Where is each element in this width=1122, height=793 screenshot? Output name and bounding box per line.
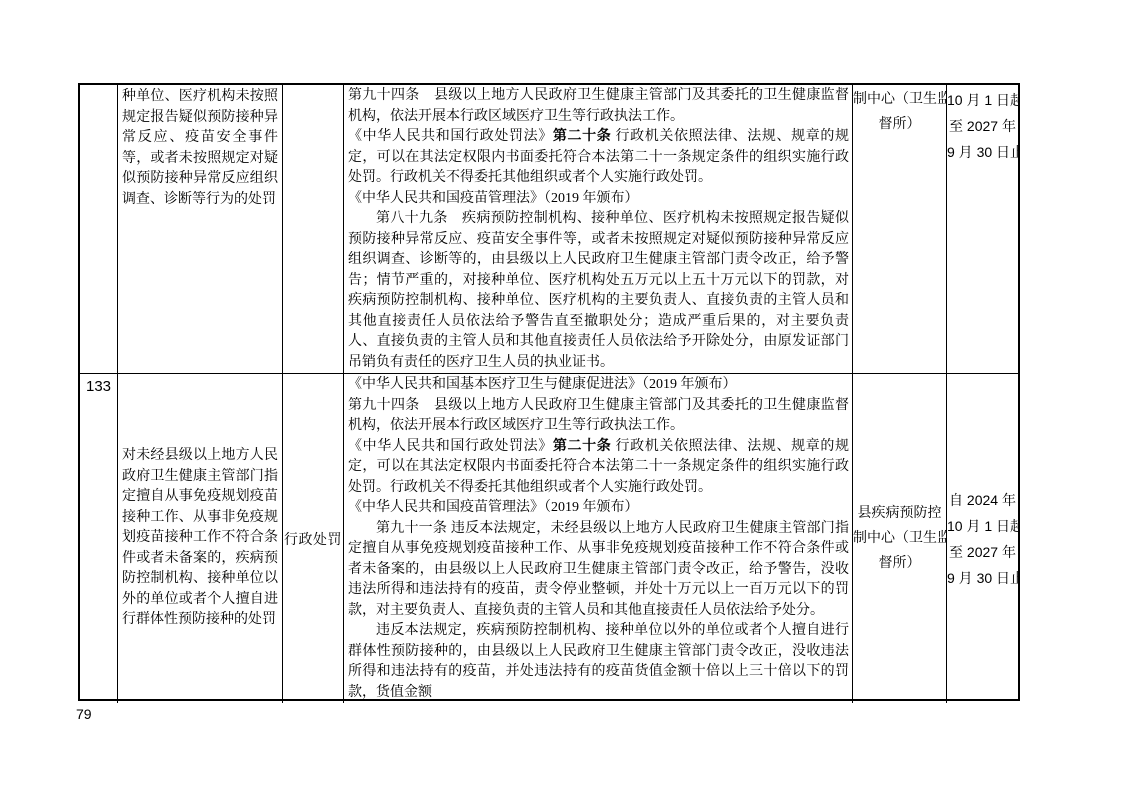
cell-implementing-authority: 制中心（卫生监督所） (853, 85, 947, 373)
cell-penalty-type (283, 85, 344, 373)
cell-validity-period: 10 月 1 日起至 2027 年9 月 30 日止 (947, 85, 1018, 373)
cell-implementing-authority: 县疾病预防控制中心（卫生监督所） (853, 374, 947, 703)
basis-paragraph: 《中华人民共和国疫苗管理法》（2019 年颁布） (348, 498, 849, 519)
period-line: 至 2027 年 (947, 113, 1018, 139)
cell-legal-basis: 《中华人民共和国基本医疗卫生与健康促进法》（2019 年颁布）第九十四条 县级以… (344, 374, 853, 703)
basis-paragraph: 《中华人民共和国行政处罚法》第二十条 行政机关依照法律、法规、规章的规定，可以在… (348, 437, 849, 499)
period-line: 自 2024 年 (947, 487, 1018, 513)
basis-paragraph: 违反本法规定，疾病预防控制机构、接种单位以外的单位或者个人擅自进行群体性预防接种… (348, 621, 849, 703)
plain-text: 《中华人民共和国疫苗管理法》（2019 年颁布） (348, 191, 639, 206)
authority-line: 制中心（卫生监 (853, 526, 946, 551)
plain-text: 第八十九条 疾病预防控制机构、接种单位、医疗机构未按照规定报告疑似预防接种异常反… (348, 211, 849, 370)
penalty-items-table: 种单位、医疗机构未按照规定报告疑似预防接种异常反应、疫苗安全事件等，或者未按照规… (78, 83, 1020, 701)
period-line: 9 月 30 日止 (947, 565, 1018, 591)
table-row: 种单位、医疗机构未按照规定报告疑似预防接种异常反应、疫苗安全事件等，或者未按照规… (80, 85, 1018, 374)
basis-paragraph: 《中华人民共和国行政处罚法》第二十条 行政机关依照法律、法规、规章的规定，可以在… (348, 127, 849, 189)
cell-item-name: 种单位、医疗机构未按照规定报告疑似预防接种异常反应、疫苗安全事件等，或者未按照规… (118, 85, 283, 373)
plain-text: 《中华人民共和国行政处罚法》 (348, 439, 553, 454)
cell-seq-number (80, 85, 118, 373)
plain-text: 《中华人民共和国疫苗管理法》（2019 年颁布） (348, 500, 639, 515)
cell-penalty-type: 行政处罚 (283, 374, 344, 703)
basis-paragraph: 《中华人民共和国疫苗管理法》（2019 年颁布） (348, 189, 849, 210)
plain-text: 第九十一条 违反本法规定，未经县级以上地方人民政府卫生健康主管部门指定擅自从事免… (348, 521, 849, 618)
plain-text: 《中华人民共和国行政处罚法》 (348, 129, 553, 144)
authority-line: 县疾病预防控 (853, 501, 946, 526)
item-name-text: 种单位、医疗机构未按照规定报告疑似预防接种异常反应、疫苗安全事件等，或者未按照规… (122, 87, 278, 210)
authority-line: 督所） (853, 551, 946, 576)
basis-paragraph: 《中华人民共和国基本医疗卫生与健康促进法》（2019 年颁布） (348, 375, 849, 396)
plain-text: 第九十四条 县级以上地方人民政府卫生健康主管部门及其委托的卫生健康监督机构，依法… (348, 398, 849, 434)
authority-line: 制中心（卫生监 (853, 87, 946, 112)
plain-text: 《中华人民共和国基本医疗卫生与健康促进法》（2019 年颁布） (348, 377, 737, 392)
period-line: 9 月 30 日止 (947, 139, 1018, 165)
seq-number: 133 (86, 378, 111, 395)
period-line: 至 2027 年 (947, 539, 1018, 565)
bold-text: 第二十条 (553, 439, 612, 454)
bold-text: 第二十条 (553, 129, 612, 144)
plain-text: 第九十四条 县级以上地方人民政府卫生健康主管部门及其委托的卫生健康监督机构，依法… (348, 88, 849, 124)
item-name-text: 对未经县级以上地方人民政府卫生健康主管部门指定擅自从事免疫规划疫苗接种工作、从事… (122, 446, 278, 631)
cell-legal-basis: 第九十四条 县级以上地方人民政府卫生健康主管部门及其委托的卫生健康监督机构，依法… (344, 85, 853, 373)
penalty-type-text: 行政处罚 (284, 529, 342, 549)
cell-validity-period: 自 2024 年10 月 1 日起至 2027 年9 月 30 日止 (947, 374, 1018, 703)
cell-item-name: 对未经县级以上地方人民政府卫生健康主管部门指定擅自从事免疫规划疫苗接种工作、从事… (118, 374, 283, 703)
period-line: 10 月 1 日起 (947, 513, 1018, 539)
page-number: 79 (76, 706, 92, 722)
table-row: 133 对未经县级以上地方人民政府卫生健康主管部门指定擅自从事免疫规划疫苗接种工… (80, 374, 1018, 703)
period-line: 10 月 1 日起 (947, 87, 1018, 113)
authority-line: 督所） (853, 112, 946, 137)
basis-paragraph: 第九十四条 县级以上地方人民政府卫生健康主管部门及其委托的卫生健康监督机构，依法… (348, 396, 849, 437)
basis-paragraph: 第九十一条 违反本法规定，未经县级以上地方人民政府卫生健康主管部门指定擅自从事免… (348, 519, 849, 622)
plain-text: 违反本法规定，疾病预防控制机构、接种单位以外的单位或者个人擅自进行群体性预防接种… (348, 623, 849, 700)
basis-paragraph: 第九十四条 县级以上地方人民政府卫生健康主管部门及其委托的卫生健康监督机构，依法… (348, 86, 849, 127)
cell-seq-number: 133 (80, 374, 118, 703)
basis-paragraph: 第八十九条 疾病预防控制机构、接种单位、医疗机构未按照规定报告疑似预防接种异常反… (348, 209, 849, 373)
